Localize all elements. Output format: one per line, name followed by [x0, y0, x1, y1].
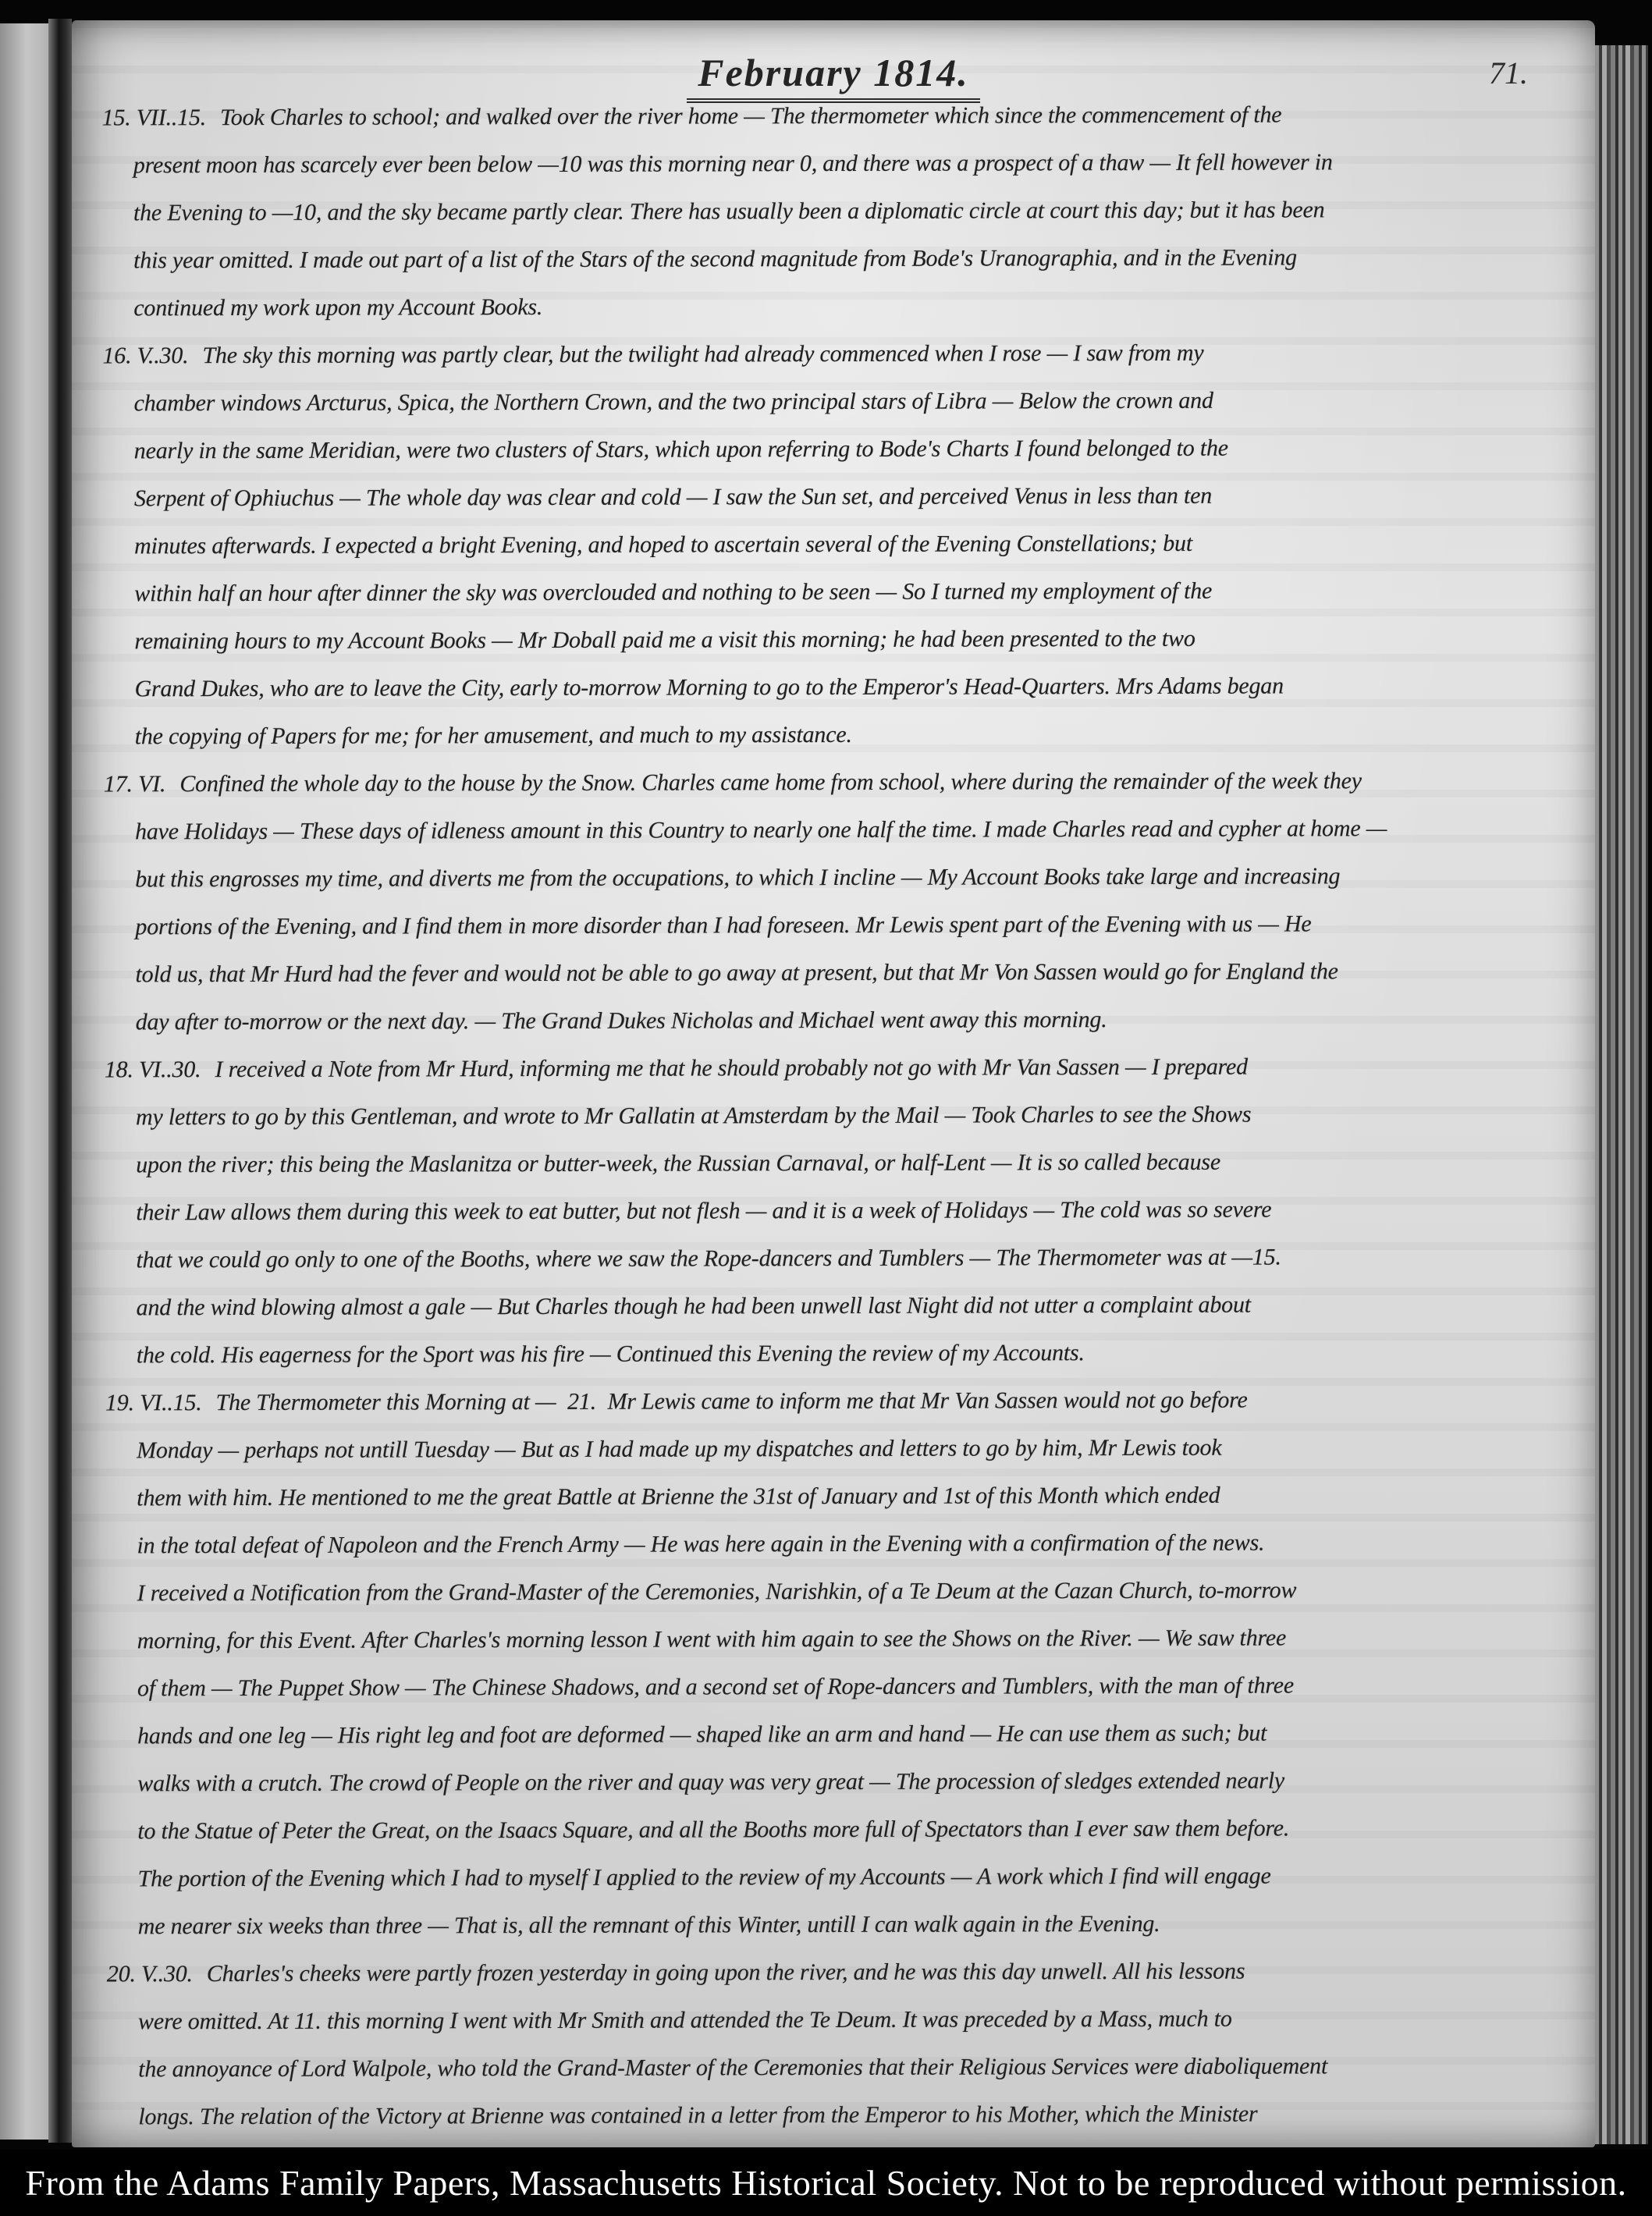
entry-line: of them — The Puppet Show — The Chinese …: [97, 1661, 1586, 1713]
entry-line: told us, that Mr Hurd had the fever and …: [94, 947, 1583, 999]
entry-line: upon the river; this being the Maslanitz…: [95, 1138, 1584, 1189]
entry-line: in the total defeat of Napoleon and the …: [96, 1518, 1585, 1570]
entry-line: this year omitted. I made out part of a …: [93, 233, 1582, 285]
entry-date: 15. VII..15.: [102, 105, 206, 130]
entry-line: longs. The relation of the Victory at Br…: [98, 2089, 1586, 2140]
entry-line: present moon has scarcely ever been belo…: [93, 138, 1582, 190]
entry-line: within half an hour after dinner the sky…: [94, 566, 1583, 618]
entry-line: Monday — perhaps not untill Tuesday — Bu…: [96, 1423, 1585, 1475]
entry-line: continued my work upon my Account Books.: [93, 281, 1582, 332]
entry-line: I received a Notification from the Grand…: [97, 1566, 1586, 1618]
entry-line: Serpent of Ophiuchus — The whole day was…: [94, 471, 1583, 523]
entry-date: 18. VI..30.: [105, 1057, 201, 1082]
entry-line: day after to-morrow or the next day. — T…: [95, 995, 1584, 1046]
entry-line: minutes afterwards. I expected a bright …: [94, 519, 1583, 570]
entry-date: 16. V..30.: [102, 343, 188, 368]
entry-line: and the wind blowing almost a gale — But…: [96, 1280, 1585, 1332]
entry-text: The sky this morning was partly clear, b…: [202, 340, 1203, 368]
entry-date: 17. VI.: [104, 771, 166, 797]
entry-date: 20. V..30.: [107, 1961, 193, 1987]
entry-line: walks with a crutch. The crowd of People…: [97, 1756, 1586, 1807]
entry-date: 19. VI..15.: [105, 1390, 202, 1415]
entry-line: but this engrosses my time, and diverts …: [94, 852, 1583, 904]
caption-bar: From the Adams Family Papers, Massachuse…: [0, 2150, 1652, 2216]
entry-line: 18. VI..30.I received a Note from Mr Hur…: [95, 1042, 1584, 1094]
facing-page-edge: [0, 23, 48, 2140]
entry-line: 20. V..30.Charles's cheeks were partly f…: [98, 1946, 1586, 1998]
book-fore-edge: [1595, 45, 1648, 2144]
entry-line: chamber windows Arcturus, Spica, the Nor…: [94, 376, 1583, 428]
entry-line: that we could go only to one of the Boot…: [95, 1233, 1584, 1284]
entry-line: them with him. He mentioned to me the gr…: [96, 1471, 1585, 1522]
entry-line: 17. VI.Confined the whole day to the hou…: [94, 757, 1583, 808]
archive-caption: From the Adams Family Papers, Massachuse…: [25, 2162, 1626, 2204]
entry-line: the cold. His eagerness for the Sport wa…: [96, 1328, 1585, 1380]
entry-line: 15. VII..15.Took Charles to school; and …: [93, 91, 1582, 142]
page-number: 71.: [1489, 55, 1528, 91]
entry-line: my letters to go by this Gentleman, and …: [95, 1090, 1584, 1142]
entry-line: the annoyance of Lord Walpole, who told …: [98, 2041, 1586, 2093]
diary-text-block: 15. VII..15.Took Charles to school; and …: [93, 91, 1587, 2141]
entry-line: Grand Dukes, who are to leave the City, …: [94, 662, 1583, 713]
entry-line: the Evening to —10, and the sky became p…: [93, 186, 1582, 237]
entry-text: The Thermometer this Morning at — 21. Mr…: [216, 1387, 1248, 1415]
entry-line: their Law allows them during this week t…: [95, 1185, 1584, 1237]
entry-text: I received a Note from Mr Hurd, informin…: [215, 1054, 1248, 1082]
entry-text: Confined the whole day to the house by t…: [179, 768, 1362, 797]
manuscript-page: February 1814. 71. 15. VII..15.Took Char…: [72, 20, 1595, 2147]
entry-line: remaining hours to my Account Books — Mr…: [94, 614, 1583, 666]
entry-line: portions of the Evening, and I find them…: [94, 900, 1583, 951]
entry-line: 19. VI..15.The Thermometer this Morning …: [96, 1376, 1585, 1427]
entry-line: the copying of Papers for me; for her am…: [94, 709, 1583, 761]
entry-line: nearly in the same Meridian, were two cl…: [94, 424, 1583, 475]
entry-line: hands and one leg — His right leg and fo…: [97, 1708, 1586, 1760]
entry-line: 16. V..30.The sky this morning was partl…: [93, 328, 1582, 380]
entry-line: me nearer six weeks than three — That is…: [98, 1898, 1586, 1950]
manuscript-photo: February 1814. 71. 15. VII..15.Took Char…: [0, 0, 1652, 2216]
entry-line: have Holidays — These days of idleness a…: [94, 804, 1583, 856]
entry-text: Charles's cheeks were partly frozen yest…: [207, 1959, 1245, 1987]
entry-line: were omitted. At 11. this morning I went…: [98, 1994, 1586, 2045]
entry-line: The portion of the Evening which I had t…: [97, 1851, 1586, 1902]
entry-line: to the Statue of Peter the Great, on the…: [97, 1803, 1586, 1855]
book-gutter: [48, 19, 72, 2143]
entry-text: Took Charles to school; and walked over …: [220, 102, 1281, 131]
entry-line: morning, for this Event. After Charles's…: [97, 1614, 1586, 1665]
